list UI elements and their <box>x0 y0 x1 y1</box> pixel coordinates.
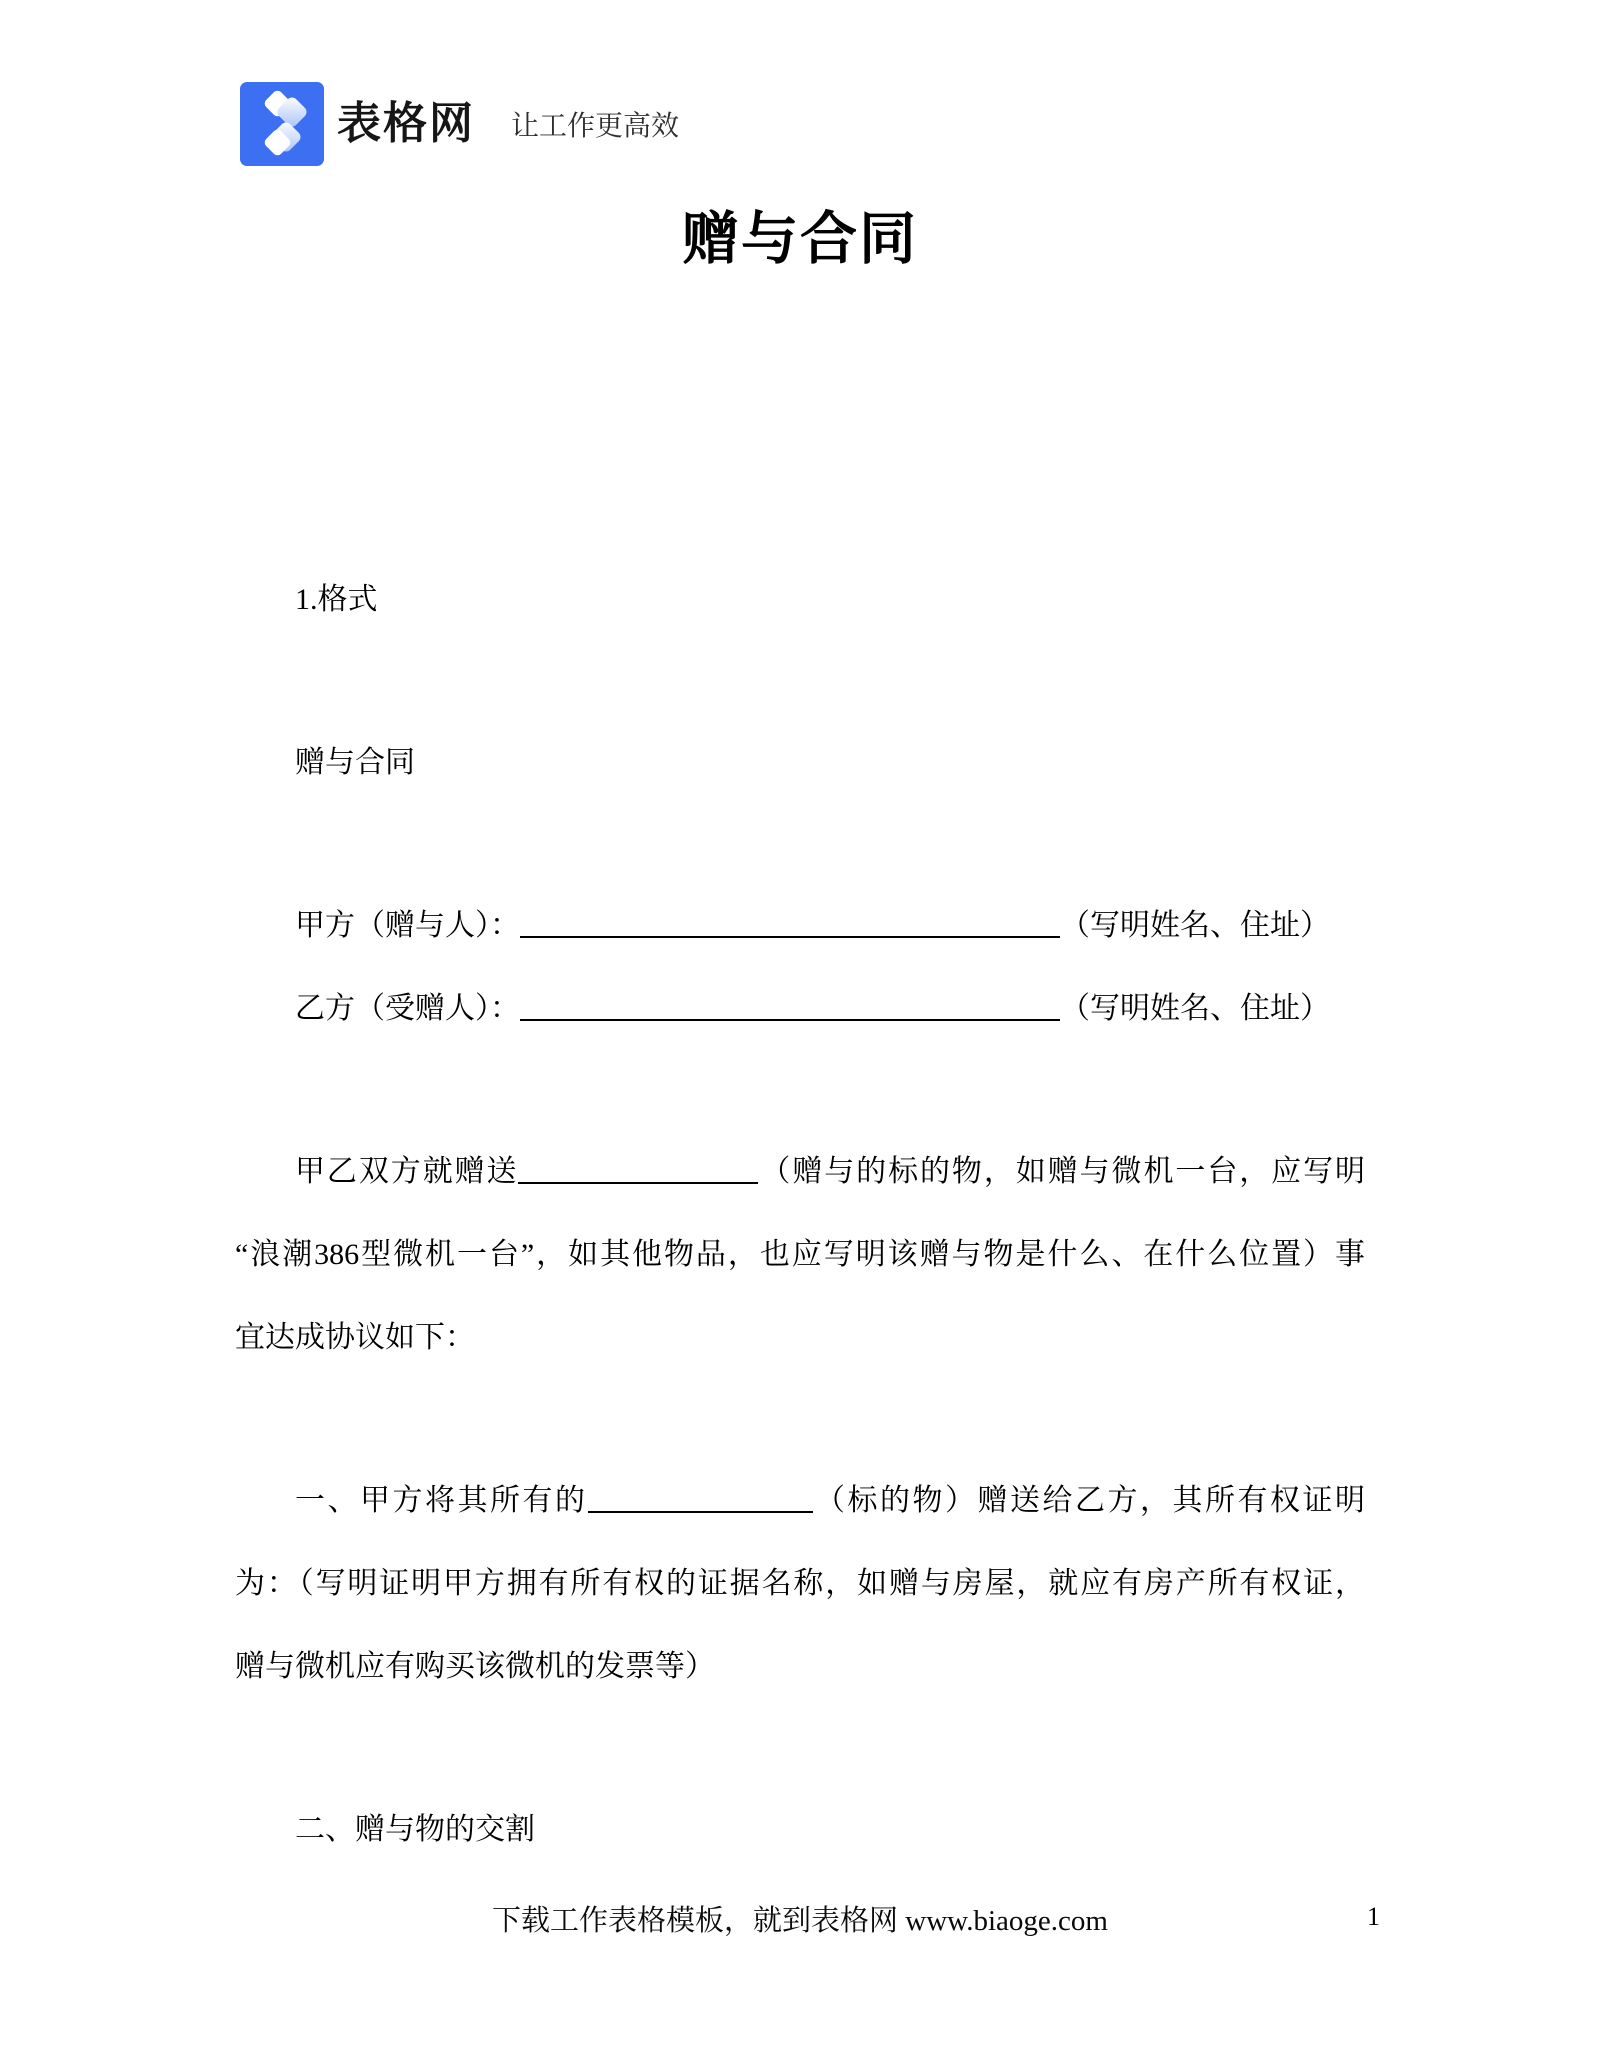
text-run: “浪潮386型微机一台”，如其他物品，也应写明该赠与物是什么、在什么位置）事 <box>235 1238 1365 1271</box>
text-run: 赠与微机应有购买该微机的发票等） <box>235 1650 715 1683</box>
document-body: 1.格式赠与合同甲方（赠与人）：（写明姓名、住址）乙方（受赠人）：（写明姓名、住… <box>235 558 1365 1871</box>
fill-in-blank <box>520 1019 1060 1021</box>
text-line: 甲乙双方就赠送（赠与的标的物，如赠与微机一台，应写明 <box>235 1130 1365 1213</box>
document-title: 赠与合同 <box>0 193 1600 275</box>
paragraph: 赠与合同 <box>235 721 1365 804</box>
text-line: 赠与微机应有购买该微机的发票等） <box>235 1625 1365 1708</box>
text-run: 赠与合同 <box>295 746 415 779</box>
brand-name: 表格网 <box>337 102 475 146</box>
text-run: 甲乙双方就赠送 <box>295 1155 518 1188</box>
text-line: 二、赠与物的交割 <box>235 1788 1365 1871</box>
paragraph: 甲方（赠与人）：（写明姓名、住址）乙方（受赠人）：（写明姓名、住址） <box>235 884 1365 1050</box>
footer-text: 下载工作表格模板，就到表格网 www.biaoge.com <box>0 1898 1600 1939</box>
brand-header: 表格网 让工作更高效 <box>240 82 679 166</box>
text-run: （写明姓名、住址） <box>1060 992 1330 1025</box>
biaoge-logo-icon <box>240 82 324 166</box>
brand-tagline: 让工作更高效 <box>511 113 679 141</box>
text-run: 1.格式 <box>295 583 378 616</box>
text-line: 赠与合同 <box>235 721 1365 804</box>
text-run: 乙方（受赠人）： <box>295 992 520 1025</box>
fill-in-blank <box>588 1511 813 1513</box>
text-line: “浪潮386型微机一台”，如其他物品，也应写明该赠与物是什么、在什么位置）事 <box>235 1213 1365 1296</box>
text-line: 宜达成协议如下： <box>235 1296 1365 1379</box>
text-line: 甲方（赠与人）：（写明姓名、住址） <box>235 884 1365 967</box>
document-page: 表格网 让工作更高效 赠与合同 1.格式赠与合同甲方（赠与人）：（写明姓名、住址… <box>0 0 1600 2070</box>
text-line: 1.格式 <box>235 558 1365 641</box>
text-line: 一、甲方将其所有的（标的物）赠送给乙方，其所有权证明 <box>235 1459 1365 1542</box>
text-run: 为：（写明证明甲方拥有所有权的证据名称，如赠与房屋，就应有房产所有权证， <box>235 1567 1365 1600</box>
fill-in-blank <box>518 1182 758 1184</box>
text-run: （赠与的标的物，如赠与微机一台，应写明 <box>758 1155 1365 1188</box>
text-run: 一、甲方将其所有的 <box>295 1484 588 1517</box>
text-line: 为：（写明证明甲方拥有所有权的证据名称，如赠与房屋，就应有房产所有权证， <box>235 1542 1365 1625</box>
paragraph: 一、甲方将其所有的（标的物）赠送给乙方，其所有权证明为：（写明证明甲方拥有所有权… <box>235 1459 1365 1708</box>
paragraph: 二、赠与物的交割 <box>235 1788 1365 1871</box>
text-run: （写明姓名、住址） <box>1060 909 1330 942</box>
paragraph: 甲乙双方就赠送（赠与的标的物，如赠与微机一台，应写明“浪潮386型微机一台”，如… <box>235 1130 1365 1379</box>
text-line: 乙方（受赠人）：（写明姓名、住址） <box>235 967 1365 1050</box>
text-run: 二、赠与物的交割 <box>295 1813 535 1846</box>
text-run: 宜达成协议如下： <box>235 1321 475 1354</box>
page-number: 1 <box>1367 1902 1380 1932</box>
text-run: 甲方（赠与人）： <box>295 909 520 942</box>
fill-in-blank <box>520 936 1060 938</box>
text-run: （标的物）赠送给乙方，其所有权证明 <box>813 1484 1366 1517</box>
paragraph: 1.格式 <box>235 558 1365 641</box>
